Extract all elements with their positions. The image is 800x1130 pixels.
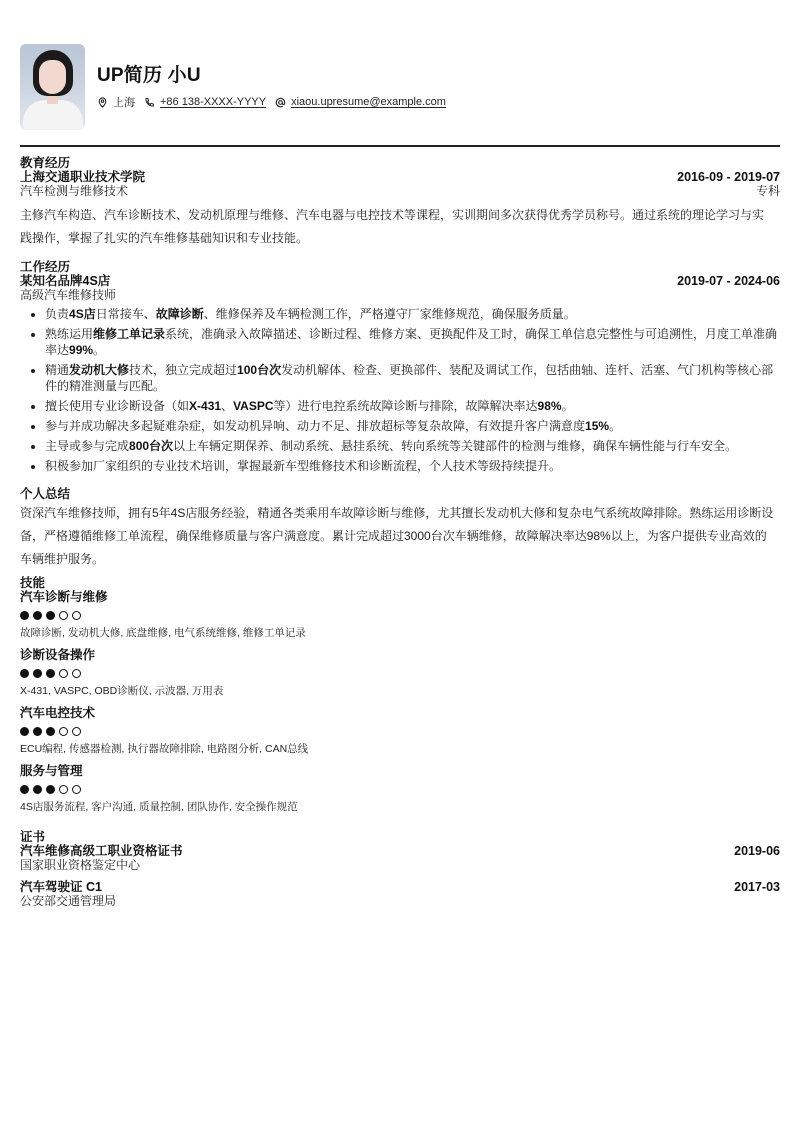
summary-text: 资深汽车维修技师，拥有5年4S店服务经验，精通各类乘用车故障诊断与维修，尤其擅长… bbox=[20, 502, 780, 571]
work-bullet-item: 熟练运用维修工单记录系统，准确录入故障描述、诊断过程、维修方案、更换配件及工时，… bbox=[20, 326, 780, 358]
rating-dot-filled-icon bbox=[33, 669, 42, 678]
summary-title: 个人总结 bbox=[20, 487, 780, 501]
bullet-text: 日常接车、 bbox=[96, 307, 156, 321]
skill-keywords: X-431, VASPC, OBD诊断仪, 示波器, 万用表 bbox=[20, 685, 780, 698]
skill-rating bbox=[20, 611, 780, 621]
bullet-text: 积极参加厂家组织的专业技术培训，掌握最新车型维修技术和诊断流程，个人技术等级持续… bbox=[45, 459, 561, 473]
skill-rating bbox=[20, 785, 780, 795]
rating-dot-empty-icon bbox=[72, 611, 81, 620]
bullet-highlight: 98% bbox=[538, 399, 562, 413]
job-position: 高级汽车维修技师 bbox=[20, 288, 780, 302]
certificate-name: 汽车驾驶证 C1 bbox=[20, 880, 102, 894]
bullet-text: 等）进行电控系统故障诊断与排除，故障解决率达 bbox=[274, 399, 538, 413]
rating-dot-empty-icon bbox=[59, 611, 68, 620]
skill-item: 汽车电控技术ECU编程, 传感器检测, 执行器故障排除, 电路图分析, CAN总… bbox=[20, 706, 780, 756]
rating-dot-filled-icon bbox=[33, 785, 42, 794]
bullet-text: 、 bbox=[221, 399, 233, 413]
work-bullet-item: 积极参加厂家组织的专业技术培训，掌握最新车型维修技术和诊断流程，个人技术等级持续… bbox=[20, 458, 780, 474]
bullet-text: 、维修保养及车辆检测工作，严格遵守厂家维修规范，确保服务质量。 bbox=[204, 307, 576, 321]
rating-dot-empty-icon bbox=[59, 669, 68, 678]
rating-dot-filled-icon bbox=[20, 611, 29, 620]
skill-rating bbox=[20, 669, 780, 679]
skill-item: 诊断设备操作X-431, VASPC, OBD诊断仪, 示波器, 万用表 bbox=[20, 648, 780, 698]
bullet-text: 参与并成功解决多起疑难杂症，如发动机异响、动力不足、排放超标等复杂故障，有效提升… bbox=[45, 419, 585, 433]
bullet-text: 以上车辆定期保养、制动系统、悬挂系统、转向系统等关键部件的检测与维修，确保车辆性… bbox=[173, 439, 737, 453]
certificate-date: 2019-06 bbox=[734, 844, 780, 858]
bullet-text: 擅长使用专业诊断设备（如 bbox=[45, 399, 189, 413]
bullet-highlight: 15% bbox=[585, 419, 609, 433]
rating-dot-filled-icon bbox=[46, 611, 55, 620]
bullet-highlight: 4S店 bbox=[69, 307, 96, 321]
education-section: 教育经历 上海交通职业技术学院 2016-09 - 2019-07 汽车检测与维… bbox=[20, 156, 780, 250]
bullet-text: 。 bbox=[93, 343, 105, 357]
skill-rating bbox=[20, 727, 780, 737]
summary-section: 个人总结 资深汽车维修技师，拥有5年4S店服务经验，精通各类乘用车故障诊断与维修… bbox=[20, 487, 780, 571]
resume-header: UP简历 小U 上海 +86 138-XXXX-YYYY xiaou.upres… bbox=[20, 44, 780, 130]
rating-dot-filled-icon bbox=[46, 669, 55, 678]
contact-phone: +86 138-XXXX-YYYY bbox=[144, 96, 266, 108]
skill-item: 服务与管理4S店服务流程, 客户沟通, 质量控制, 团队协作, 安全操作规范 bbox=[20, 764, 780, 814]
skill-name: 汽车诊断与维修 bbox=[20, 590, 780, 604]
phone-link[interactable]: +86 138-XXXX-YYYY bbox=[160, 96, 266, 108]
education-description: 主修汽车构造、汽车诊断技术、发动机原理与维修、汽车电器与电控技术等课程，实训期间… bbox=[20, 204, 780, 250]
rating-dot-empty-icon bbox=[59, 727, 68, 736]
map-pin-icon bbox=[97, 97, 108, 108]
skills-list: 汽车诊断与维修故障诊断, 发动机大修, 底盘维修, 电气系统维修, 维修工单记录… bbox=[20, 590, 780, 814]
bullet-highlight: 发动机大修 bbox=[69, 363, 129, 377]
bullet-highlight: VASPC bbox=[233, 399, 273, 413]
avatar bbox=[20, 44, 85, 130]
rating-dot-filled-icon bbox=[46, 785, 55, 794]
skill-keywords: 故障诊断, 发动机大修, 底盘维修, 电气系统维修, 维修工单记录 bbox=[20, 627, 780, 640]
bullet-text: 熟练运用 bbox=[45, 327, 93, 341]
skill-item: 汽车诊断与维修故障诊断, 发动机大修, 底盘维修, 电气系统维修, 维修工单记录 bbox=[20, 590, 780, 640]
rating-dot-filled-icon bbox=[46, 727, 55, 736]
certificates-list: 汽车维修高级工职业资格证书2019-06国家职业资格鉴定中心汽车驾驶证 C120… bbox=[20, 844, 780, 908]
location-text: 上海 bbox=[113, 94, 135, 110]
work-title: 工作经历 bbox=[20, 260, 780, 274]
work-section: 工作经历 某知名品牌4S店 2019-07 - 2024-06 高级汽车维修技师… bbox=[20, 260, 780, 478]
bullet-text: 。 bbox=[609, 419, 621, 433]
school-name: 上海交通职业技术学院 bbox=[20, 170, 145, 184]
contact-location: 上海 bbox=[97, 94, 135, 110]
rating-dot-filled-icon bbox=[20, 785, 29, 794]
bullet-highlight: 维修工单记录 bbox=[93, 327, 165, 341]
rating-dot-empty-icon bbox=[72, 669, 81, 678]
at-sign-icon bbox=[275, 97, 286, 108]
skill-name: 诊断设备操作 bbox=[20, 648, 780, 662]
education-dates: 2016-09 - 2019-07 bbox=[677, 170, 780, 184]
certificate-issuer: 国家职业资格鉴定中心 bbox=[20, 858, 780, 872]
candidate-name: UP简历 小U bbox=[97, 65, 455, 87]
rating-dot-empty-icon bbox=[59, 785, 68, 794]
work-bullet-item: 参与并成功解决多起疑难杂症，如发动机异响、动力不足、排放超标等复杂故障，有效提升… bbox=[20, 418, 780, 434]
email-link[interactable]: xiaou.upresume@example.com bbox=[291, 96, 446, 108]
contact-email: xiaou.upresume@example.com bbox=[275, 96, 446, 108]
phone-icon bbox=[144, 97, 155, 108]
degree: 专科 bbox=[756, 184, 780, 198]
certificate-item: 汽车维修高级工职业资格证书2019-06国家职业资格鉴定中心 bbox=[20, 844, 780, 872]
certificate-item: 汽车驾驶证 C12017-03公安部交通管理局 bbox=[20, 880, 780, 908]
skills-title: 技能 bbox=[20, 576, 780, 590]
skills-section: 技能 汽车诊断与维修故障诊断, 发动机大修, 底盘维修, 电气系统维修, 维修工… bbox=[20, 576, 780, 814]
bullet-highlight: 100台次 bbox=[237, 363, 281, 377]
rating-dot-filled-icon bbox=[20, 669, 29, 678]
skill-keywords: ECU编程, 传感器检测, 执行器故障排除, 电路图分析, CAN总线 bbox=[20, 743, 780, 756]
rating-dot-filled-icon bbox=[20, 727, 29, 736]
bullet-text: 主导或参与完成 bbox=[45, 439, 129, 453]
certificates-title: 证书 bbox=[20, 830, 780, 844]
bullet-highlight: 800台次 bbox=[129, 439, 173, 453]
certificate-date: 2017-03 bbox=[734, 880, 780, 894]
work-bullet-item: 擅长使用专业诊断设备（如X-431、VASPC等）进行电控系统故障诊断与排除，故… bbox=[20, 398, 780, 414]
rating-dot-filled-icon bbox=[33, 727, 42, 736]
work-bullet-list: 负责4S店日常接车、故障诊断、维修保养及车辆检测工作，严格遵守厂家维修规范，确保… bbox=[20, 306, 780, 474]
bullet-text: 技术，独立完成超过 bbox=[129, 363, 237, 377]
certificates-section: 证书 汽车维修高级工职业资格证书2019-06国家职业资格鉴定中心汽车驾驶证 C… bbox=[20, 830, 780, 908]
rating-dot-empty-icon bbox=[72, 727, 81, 736]
bullet-highlight: X-431 bbox=[189, 399, 221, 413]
work-bullet-item: 主导或参与完成800台次以上车辆定期保养、制动系统、悬挂系统、转向系统等关键部件… bbox=[20, 438, 780, 454]
header-info: UP简历 小U 上海 +86 138-XXXX-YYYY xiaou.upres… bbox=[97, 44, 455, 110]
skill-keywords: 4S店服务流程, 客户沟通, 质量控制, 团队协作, 安全操作规范 bbox=[20, 801, 780, 814]
work-bullet-item: 负责4S店日常接车、故障诊断、维修保养及车辆检测工作，严格遵守厂家维修规范，确保… bbox=[20, 306, 780, 322]
bullet-text: 。 bbox=[562, 399, 574, 413]
bullet-highlight: 99% bbox=[69, 343, 93, 357]
contact-list: 上海 +86 138-XXXX-YYYY xiaou.upresume@exam… bbox=[97, 94, 455, 110]
work-dates: 2019-07 - 2024-06 bbox=[677, 274, 780, 288]
resume-page: UP简历 小U 上海 +86 138-XXXX-YYYY xiaou.upres… bbox=[20, 44, 780, 130]
certificate-issuer: 公安部交通管理局 bbox=[20, 894, 780, 908]
certificate-name: 汽车维修高级工职业资格证书 bbox=[20, 844, 183, 858]
header-divider bbox=[20, 145, 780, 147]
skill-name: 服务与管理 bbox=[20, 764, 780, 778]
bullet-highlight: 故障诊断 bbox=[156, 307, 204, 321]
work-bullet-item: 精通发动机大修技术，独立完成超过100台次发动机解体、检查、更换部件、装配及调试… bbox=[20, 362, 780, 394]
company-name: 某知名品牌4S店 bbox=[20, 274, 110, 288]
rating-dot-filled-icon bbox=[33, 611, 42, 620]
major: 汽车检测与维修技术 bbox=[20, 184, 128, 198]
skill-name: 汽车电控技术 bbox=[20, 706, 780, 720]
bullet-text: 负责 bbox=[45, 307, 69, 321]
education-title: 教育经历 bbox=[20, 156, 780, 170]
rating-dot-empty-icon bbox=[72, 785, 81, 794]
bullet-text: 精通 bbox=[45, 363, 69, 377]
